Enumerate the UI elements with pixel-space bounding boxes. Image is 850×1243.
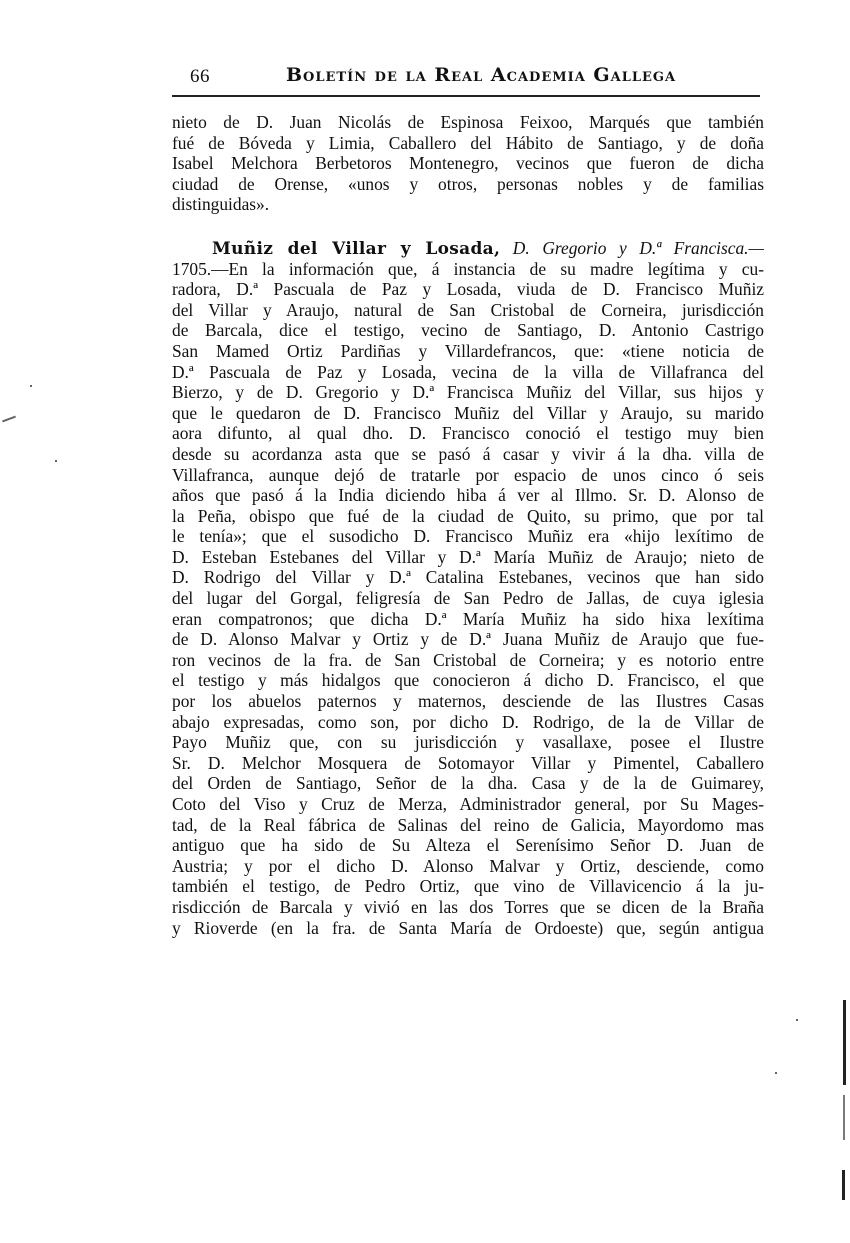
text-line: también el testigo, de Pedro Ortiz, que …: [172, 876, 764, 897]
text-line: Payo Muñiz que, con su jurisdicción y va…: [172, 732, 764, 753]
text-line: de Barcala, dice el testigo, vecino de S…: [172, 320, 764, 341]
scan-edge-mark: [843, 1000, 846, 1085]
text-line: del lugar del Gorgal, feligresía de San …: [172, 588, 764, 609]
text-line: que le quedaron de D. Francisco Muñiz de…: [172, 403, 764, 424]
text-line: fué de Bóveda y Limia, Caballero del Háb…: [172, 133, 764, 154]
scan-speck: [55, 460, 57, 462]
text-line: ron vecinos de la fra. de San Cristobal …: [172, 650, 764, 671]
text-line: de D. Alonso Malvar y Ortiz y de D.ª Jua…: [172, 629, 764, 650]
text-line: Sr. D. Melchor Mosquera de Sotomayor Vil…: [172, 753, 764, 774]
text-line: años que pasó á la India diciendo hiba á…: [172, 485, 764, 506]
header-rule: [172, 95, 760, 97]
text-line: el testigo y más hidalgos que conocieron…: [172, 670, 764, 691]
text-line: del Villar y Araujo, natural de San Cris…: [172, 300, 764, 321]
text-line: distinguidas».: [172, 194, 764, 215]
text-line: aora difunto, al qual dho. D. Francisco …: [172, 423, 764, 444]
text-line: Bierzo, y de D. Gregorio y D.ª Francisca…: [172, 382, 764, 403]
text-line: abajo expresadas, como son, por dicho D.…: [172, 712, 764, 733]
text-line: le tenía»; que el susodicho D. Francisco…: [172, 526, 764, 547]
page-number: 66: [190, 66, 210, 88]
text-line: ciudad de Orense, «unos y otros, persona…: [172, 174, 764, 195]
text-line: tad, de la Real fábrica de Salinas del r…: [172, 815, 764, 836]
text-line: del Orden de Santiago, Señor de la dha. …: [172, 773, 764, 794]
scan-speck: [775, 1072, 777, 1074]
text-line: antiguo que ha sido de Su Alteza el Sere…: [172, 835, 764, 856]
scan-speck: [30, 385, 32, 387]
text-line: y Rioverde (en la fra. de Santa María de…: [172, 918, 764, 939]
text-line: eran compatronos; que dicha D.ª María Mu…: [172, 609, 764, 630]
text-line: desde su acordanza asta que se pasó á ca…: [172, 444, 764, 465]
text-line: Austria; y por el dicho D. Alonso Malvar…: [172, 856, 764, 877]
entry-heading-line: Muñiz del Villar y Losada, D. Gregorio y…: [172, 238, 764, 259]
entry-subheading: D. Gregorio y D.ª Francisca.—: [513, 238, 764, 258]
text-line: nieto de D. Juan Nicolás de Espinosa Fei…: [172, 112, 764, 133]
text-line: Villafranca, aunque dejó de tratarle por…: [172, 465, 764, 486]
scan-edge-mark: [2, 416, 16, 423]
scan-speck: [796, 1019, 798, 1021]
text-line: la Peña, obispo que fué de la ciudad de …: [172, 506, 764, 527]
text-line: D. Rodrigo del Villar y D.ª Catalina Est…: [172, 567, 764, 588]
text-line: San Mamed Ortiz Pardiñas y Villardefranc…: [172, 341, 764, 362]
journal-title: Boletín de la Real Academia Gallega: [286, 64, 676, 86]
body-text: nieto de D. Juan Nicolás de Espinosa Fei…: [172, 112, 764, 938]
text-line: por los abuelos paternos y maternos, des…: [172, 691, 764, 712]
text-line: D. Esteban Estebanes del Villar y D.ª Ma…: [172, 547, 764, 568]
paragraph-entry: Muñiz del Villar y Losada, D. Gregorio y…: [172, 238, 764, 938]
text-line: Isabel Melchora Berbetoros Montenegro, v…: [172, 153, 764, 174]
scanned-page: 66 Boletín de la Real Academia Gallega n…: [0, 0, 850, 1243]
text-line: radora, D.ª Pascuala de Paz y Losada, vi…: [172, 279, 764, 300]
scan-edge-mark: [842, 1170, 845, 1200]
text-line: 1705.—En la información que, á instancia…: [172, 259, 764, 280]
scan-edge-mark: [843, 1095, 845, 1140]
text-line: D.ª Pascuala de Paz y Losada, vecina de …: [172, 362, 764, 383]
entry-heading: Muñiz del Villar y Losada,: [212, 239, 500, 259]
text-line: risdicción de Barcala y vivió en las dos…: [172, 897, 764, 918]
text-line: Coto del Viso y Cruz de Merza, Administr…: [172, 794, 764, 815]
running-head: 66 Boletín de la Real Academia Gallega: [172, 64, 760, 94]
paragraph-continuation: nieto de D. Juan Nicolás de Espinosa Fei…: [172, 112, 764, 215]
